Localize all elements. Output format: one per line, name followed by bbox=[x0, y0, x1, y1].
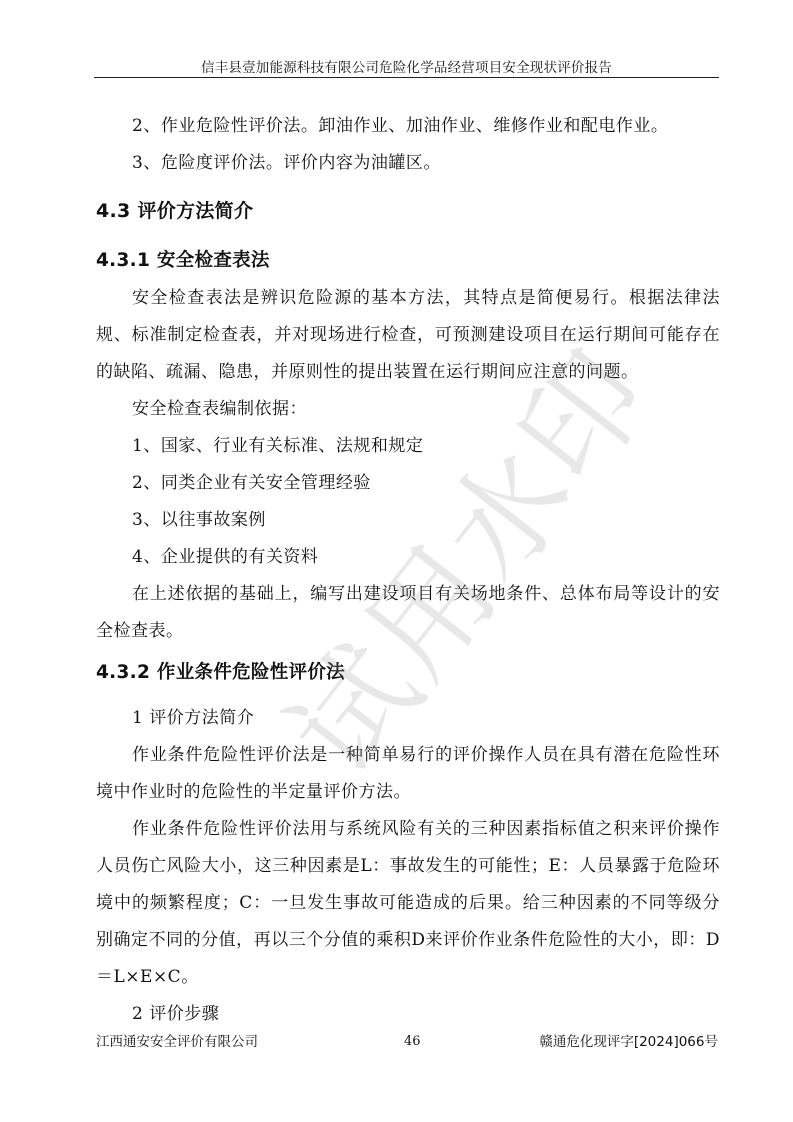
section-heading-4-3-2: 4.3.2 作业条件危险性评价法 bbox=[96, 658, 720, 684]
checklist-intro-paragraph: 安全检查表法是辨识危险源的基本方法，其特点是简便易行。根据法律法规、标准制定检查… bbox=[96, 280, 720, 391]
checklist-conclusion-paragraph: 在上述依据的基础上，编写出建设项目有关场地条件、总体布局等设计的安全检查表。 bbox=[96, 576, 720, 650]
section-heading-4-3: 4.3 评价方法简介 bbox=[96, 196, 720, 223]
subsection-title-1: 1 评价方法简介 bbox=[96, 700, 720, 737]
lec-detail-paragraph: 作业条件危险性评价法用与系统风险有关的三种因素指标值之积来评价操作人员伤亡风险大… bbox=[96, 811, 720, 996]
checklist-basis-item: 4、企业提供的有关资料 bbox=[96, 539, 720, 576]
checklist-basis-item: 2、同类企业有关安全管理经验 bbox=[96, 465, 720, 502]
list-item-method-2: 2、作业危险性评价法。卸油作业、加油作业、维修作业和配电作业。 bbox=[96, 108, 720, 145]
page-header: 信丰县壹加能源科技有限公司危险化学品经营项目安全现状评价报告 bbox=[94, 56, 719, 76]
checklist-basis-title: 安全检查表编制依据： bbox=[96, 391, 720, 428]
checklist-basis-item: 1、国家、行业有关标准、法规和规定 bbox=[96, 428, 720, 465]
footer-doc-number: 赣通危化现评字[2024]066号 bbox=[539, 1030, 718, 1050]
list-item-method-3: 3、危险度评价法。评价内容为油罐区。 bbox=[96, 145, 720, 182]
lec-intro-paragraph: 作业条件危险性评价法是一种简单易行的评价操作人员在具有潜在危险性环境中作业时的危… bbox=[96, 737, 720, 811]
page-number: 46 bbox=[404, 1034, 421, 1049]
header-rule bbox=[94, 77, 719, 78]
footer-company: 江西通安安全评价有限公司 bbox=[96, 1030, 258, 1050]
subsection-title-2: 2 评价步骤 bbox=[96, 996, 720, 1033]
section-heading-4-3-1: 4.3.1 安全检查表法 bbox=[96, 246, 720, 272]
checklist-basis-item: 3、以往事故案例 bbox=[96, 502, 720, 539]
